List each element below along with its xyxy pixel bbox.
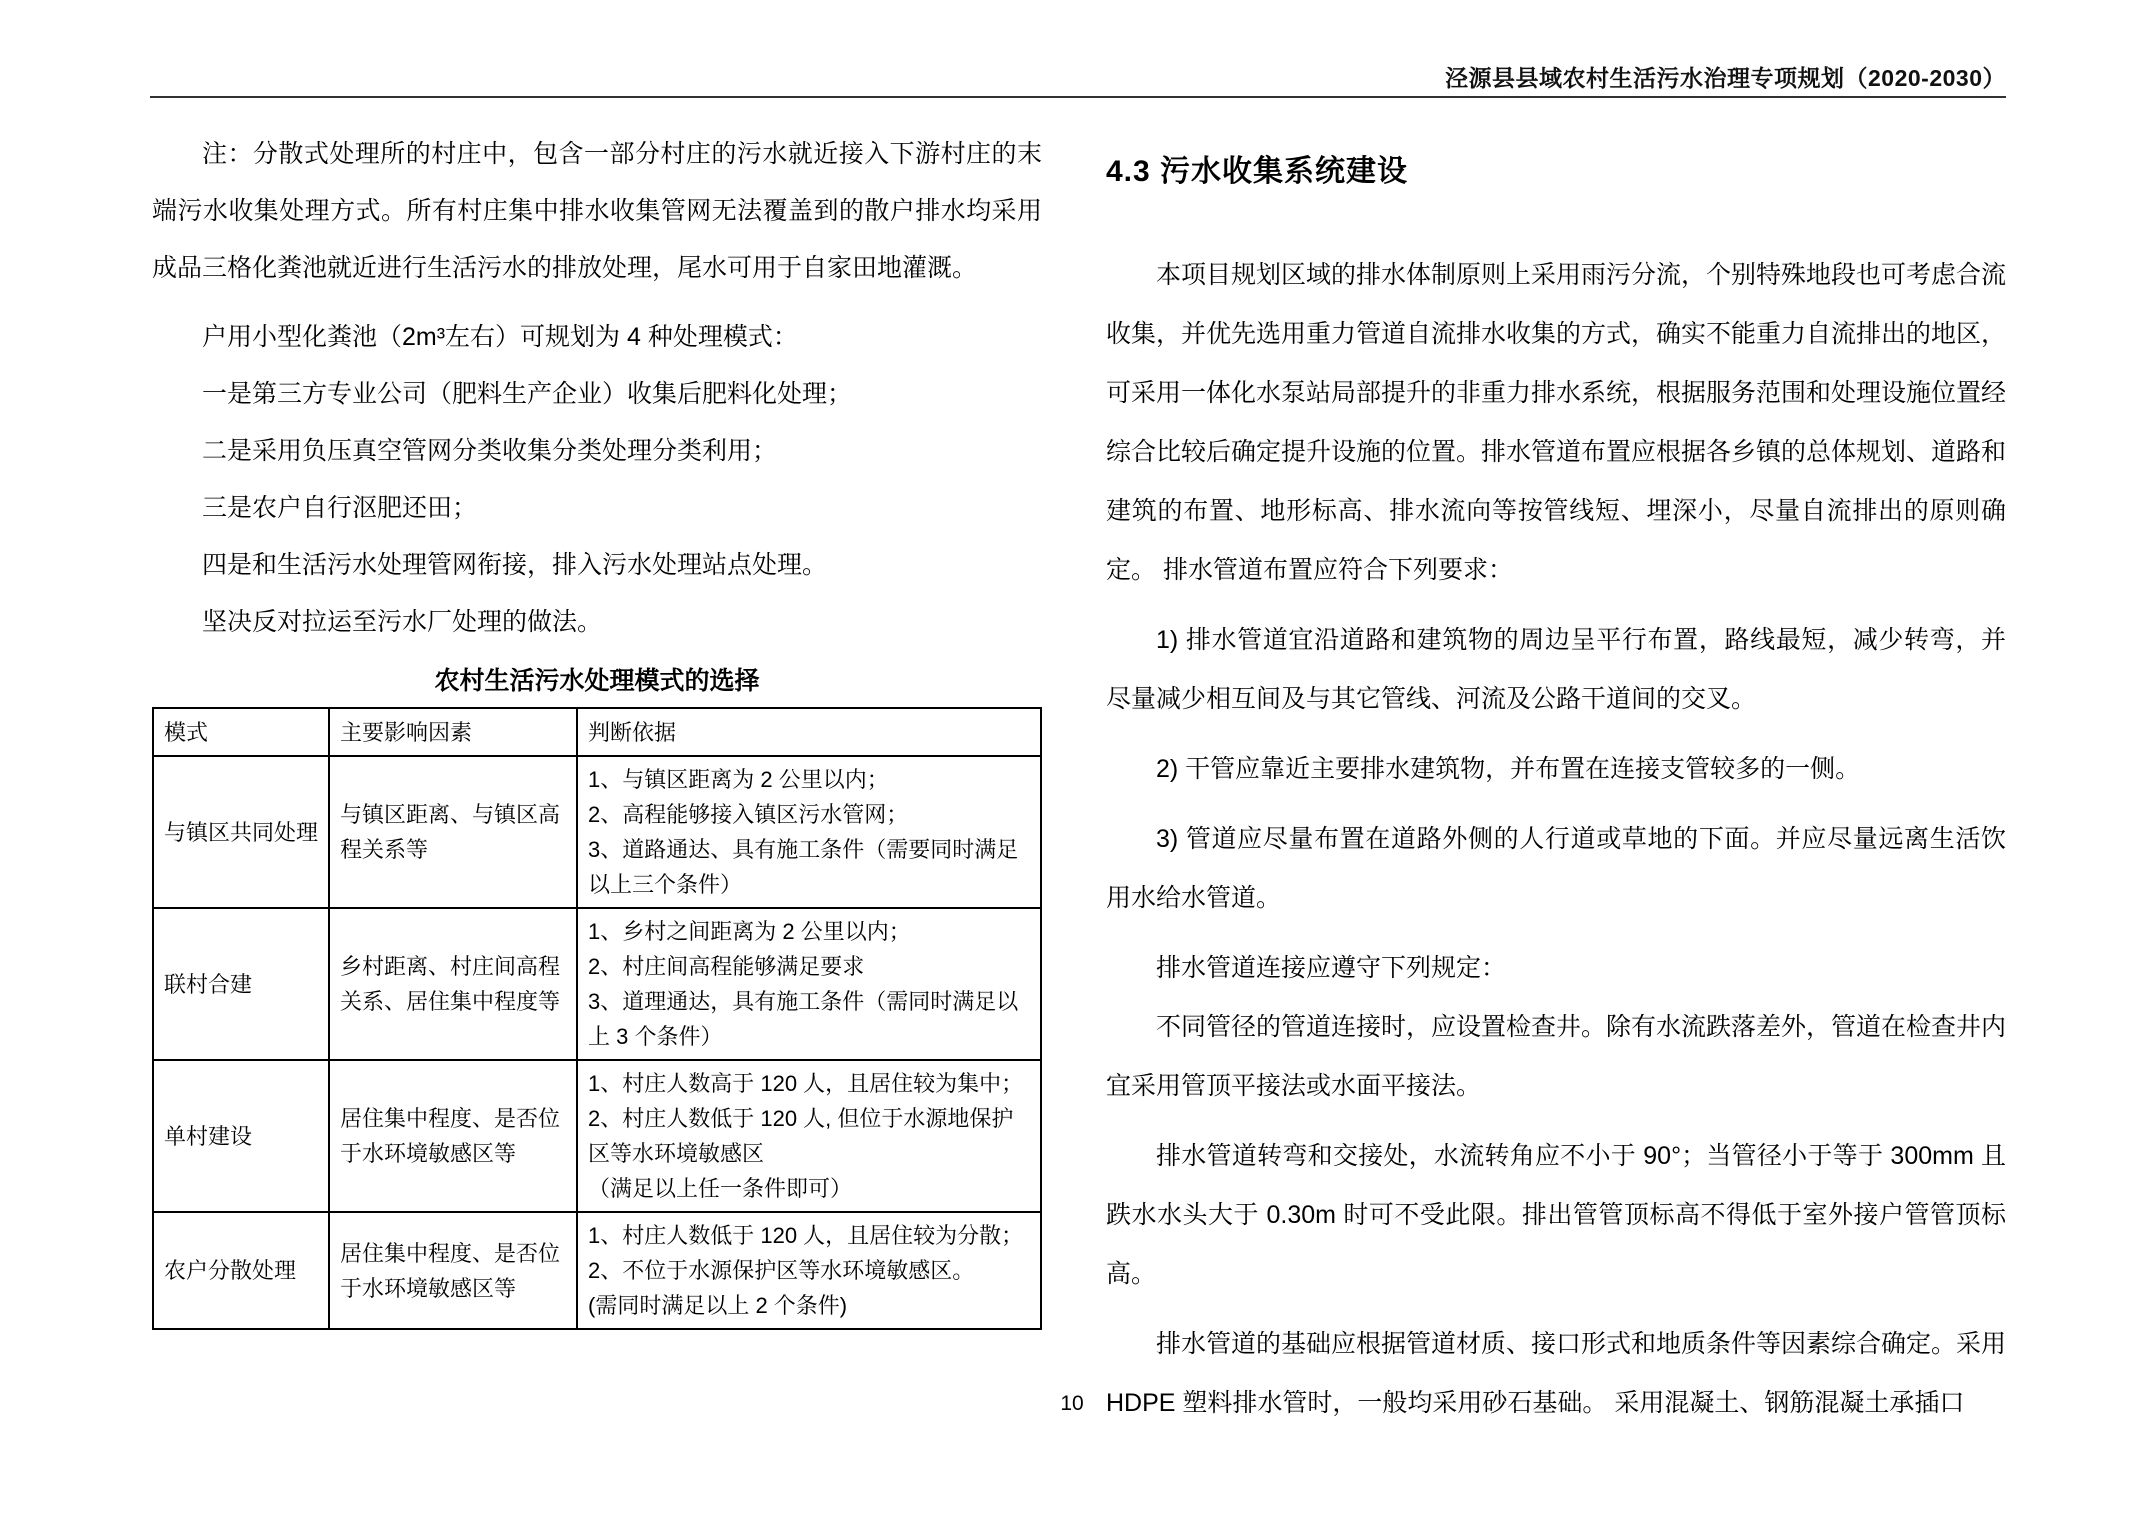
paragraph-requirement-2: 2) 干管应靠近主要排水建筑物，并布置在连接支管较多的一侧。 (1106, 740, 2006, 799)
paragraph-oppose: 坚决反对拉运至污水厂处理的做法。 (152, 594, 1042, 651)
column-header-factors: 主要影响因素 (329, 708, 577, 756)
treatment-mode-table: 模式 主要影响因素 判断依据 与镇区共同处理 与镇区距离、与镇区高程关系等 1、… (152, 707, 1042, 1330)
page-number: 10 (0, 1392, 2144, 1416)
column-header-mode: 模式 (153, 708, 329, 756)
document-page: 泾源县县域农村生活污水治理专项规划（2020-2030） 注：分散式处理所的村庄… (0, 0, 2144, 1515)
column-header-criteria: 判断依据 (577, 708, 1041, 756)
cell-factors: 居住集中程度、是否位于水环境敏感区等 (329, 1212, 577, 1329)
paragraph-mode-1: 一是第三方专业公司（肥料生产企业）收集后肥料化处理； (152, 366, 1042, 423)
cell-mode: 农户分散处理 (153, 1212, 329, 1329)
table-row: 与镇区共同处理 与镇区距离、与镇区高程关系等 1、与镇区距离为 2 公里以内； … (153, 756, 1041, 908)
paragraph-connection-rules-intro: 排水管道连接应遵守下列规定： (1106, 939, 2006, 998)
cell-criteria: 1、乡村之间距离为 2 公里以内； 2、村庄间高程能够满足要求 3、道理通达，具… (577, 908, 1041, 1060)
header-divider (150, 96, 2006, 98)
cell-mode: 与镇区共同处理 (153, 756, 329, 908)
paragraph-drainage-system: 本项目规划区域的排水体制原则上采用雨污分流，个别特殊地段也可考虑合流收集，并优先… (1106, 246, 2006, 600)
paragraph-pipe-turning: 排水管道转弯和交接处，水流转角应不小于 90°；当管径小于等于 300mm 且跌… (1106, 1127, 2006, 1304)
table-header-row: 模式 主要影响因素 判断依据 (153, 708, 1041, 756)
cell-criteria: 1、村庄人数低于 120 人，且居住较为分散； 2、不位于水源保护区等水环境敏感… (577, 1212, 1041, 1329)
paragraph-inspection-well: 不同管径的管道连接时，应设置检查井。除有水流跌落差外，管道在检查井内宜采用管顶平… (1106, 998, 2006, 1116)
table-row: 联村合建 乡村距离、村庄间高程关系、居住集中程度等 1、乡村之间距离为 2 公里… (153, 908, 1041, 1060)
paragraph-septic-modes: 户用小型化粪池（2m³左右）可规划为 4 种处理模式： (152, 309, 1042, 366)
cell-criteria: 1、与镇区距离为 2 公里以内； 2、高程能够接入镇区污水管网； 3、道路通达、… (577, 756, 1041, 908)
page-header-title: 泾源县县域农村生活污水治理专项规划（2020-2030） (1445, 60, 2006, 93)
paragraph-note: 注：分散式处理所的村庄中，包含一部分村庄的污水就近接入下游村庄的末端污水收集处理… (152, 126, 1042, 297)
paragraph-mode-2: 二是采用负压真空管网分类收集分类处理分类利用； (152, 423, 1042, 480)
paragraph-requirement-3: 3) 管道应尽量布置在道路外侧的人行道或草地的下面。并应尽量远离生活饮用水给水管… (1106, 810, 2006, 928)
right-column: 4.3 污水收集系统建设 本项目规划区域的排水体制原则上采用雨污分流，个别特殊地… (1106, 146, 2006, 1444)
cell-mode: 单村建设 (153, 1060, 329, 1212)
table-title: 农村生活污水处理模式的选择 (152, 661, 1042, 697)
paragraph-mode-4: 四是和生活污水处理管网衔接，排入污水处理站点处理。 (152, 537, 1042, 594)
section-heading-4-3: 4.3 污水收集系统建设 (1106, 146, 2006, 190)
cell-factors: 与镇区距离、与镇区高程关系等 (329, 756, 577, 908)
paragraph-requirement-1: 1) 排水管道宜沿道路和建筑物的周边呈平行布置，路线最短，减少转弯，并尽量减少相… (1106, 611, 2006, 729)
left-column: 注：分散式处理所的村庄中，包含一部分村庄的污水就近接入下游村庄的末端污水收集处理… (152, 126, 1042, 1330)
table-row: 单村建设 居住集中程度、是否位于水环境敏感区等 1、村庄人数高于 120 人，且… (153, 1060, 1041, 1212)
paragraph-mode-3: 三是农户自行沤肥还田； (152, 480, 1042, 537)
table-row: 农户分散处理 居住集中程度、是否位于水环境敏感区等 1、村庄人数低于 120 人… (153, 1212, 1041, 1329)
cell-criteria: 1、村庄人数高于 120 人，且居住较为集中； 2、村庄人数低于 120 人, … (577, 1060, 1041, 1212)
cell-mode: 联村合建 (153, 908, 329, 1060)
cell-factors: 居住集中程度、是否位于水环境敏感区等 (329, 1060, 577, 1212)
cell-factors: 乡村距离、村庄间高程关系、居住集中程度等 (329, 908, 577, 1060)
